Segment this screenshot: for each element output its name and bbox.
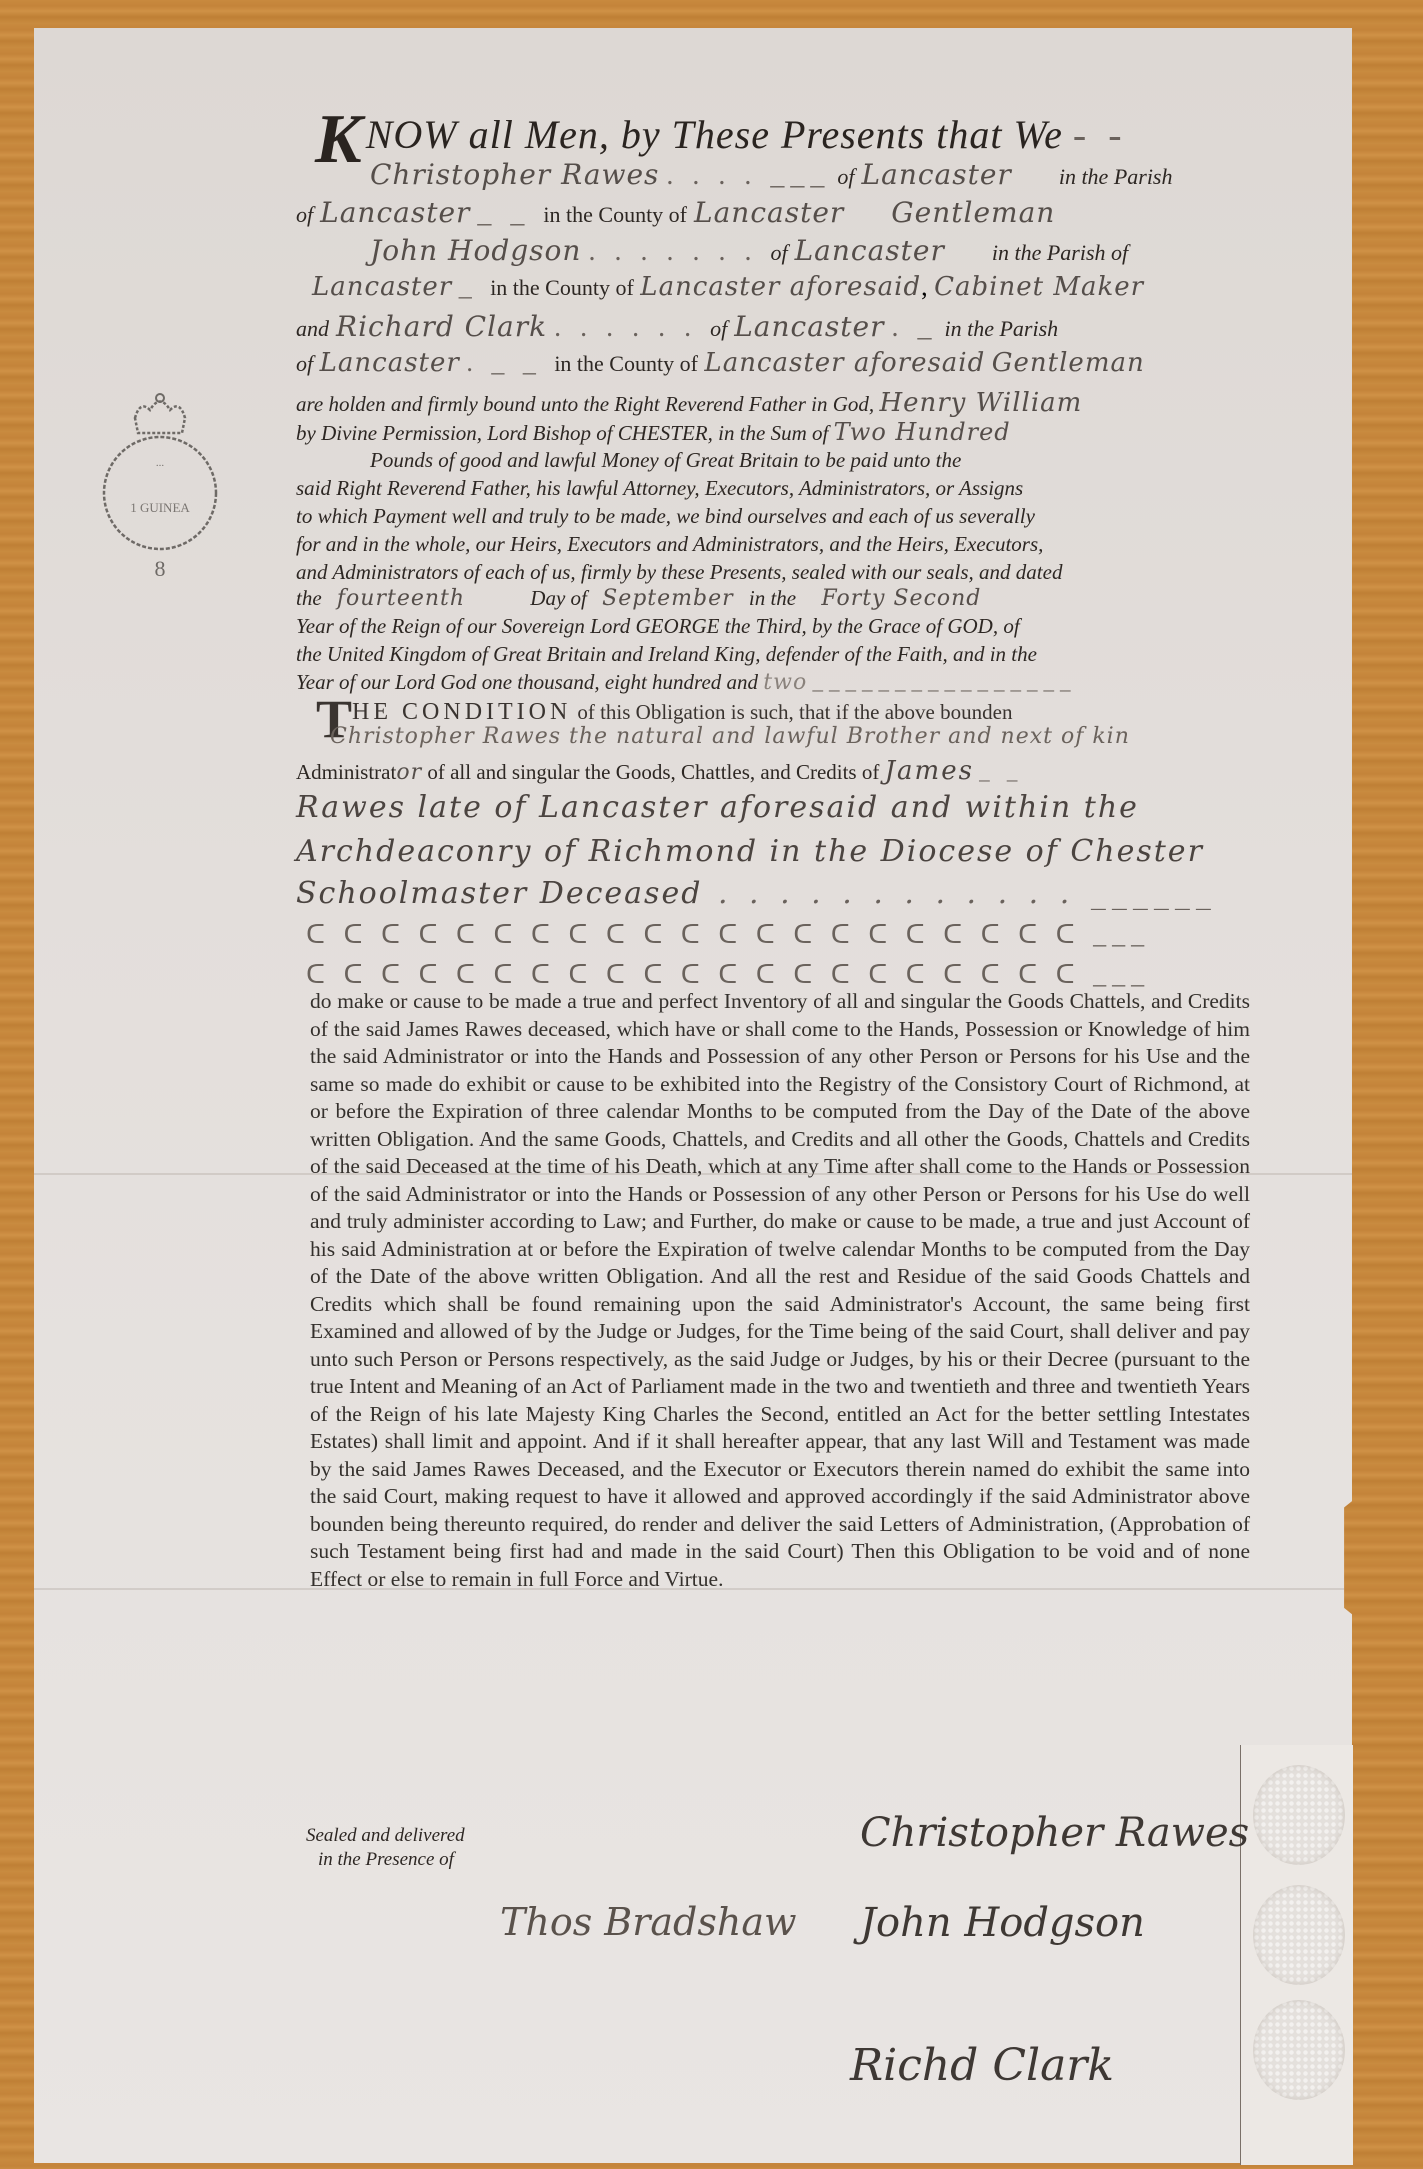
party-name: Richard Clark	[336, 310, 547, 343]
signature-richard-clark: Richd Clark	[850, 2040, 1114, 2091]
bond-line-2: by Divine Permission, Lord Bishop of CHE…	[296, 418, 1011, 446]
svg-text:...: ...	[156, 457, 165, 469]
condition-body-text: do make or cause to be made a true and p…	[310, 988, 1250, 1593]
sealed-delivered-label: Sealed and delivered in the Presence of	[306, 1824, 465, 1872]
regnal-year: Forty Second	[821, 586, 981, 611]
date-month: September	[602, 586, 734, 611]
party-name: John Hodgson	[370, 234, 581, 267]
party-line-4: Lancaster _ in the County of Lancaster a…	[296, 272, 1144, 302]
bond-line-1: are holden and firmly bound unto the Rig…	[296, 388, 1082, 418]
filler-line: ᑕ ᑕ ᑕ ᑕ ᑕ ᑕ ᑕ ᑕ ᑕ ᑕ ᑕ ᑕ ᑕ ᑕ ᑕ ᑕ ᑕ ᑕ ᑕ ᑕ …	[306, 920, 1150, 950]
wafer-seal-icon	[1253, 1885, 1345, 1985]
condition-hand-line-5: Schoolmaster Deceased . . . . . . . . . …	[296, 876, 1217, 911]
duty-stamp: ... 1 GUINEA 8	[100, 388, 220, 588]
condition-hand-line-1: Christopher Rawes the natural and lawful…	[330, 724, 1130, 749]
kingdom-line: the United Kingdom of Great Britain and …	[296, 642, 1037, 667]
condition-hand-line-3: Rawes late of Lancaster aforesaid and wi…	[296, 790, 1139, 825]
wafer-seal-icon	[1253, 1765, 1345, 1865]
deceased-name: James	[885, 756, 974, 786]
signature-christopher-rawes: Christopher Rawes	[860, 1810, 1249, 1856]
signature-witness-bradshaw: Thos Bradshaw	[500, 1900, 797, 1944]
obligee-name: Henry William	[879, 388, 1082, 418]
wafer-seal-icon	[1253, 2000, 1345, 2100]
sum-amount: Two Hundred	[834, 418, 1011, 446]
condition-hand-line-4: Archdeaconry of Richmond in the Diocese …	[296, 834, 1204, 869]
party-line-2: of Lancaster _ _ in the County of Lancas…	[296, 196, 1055, 230]
date-day: fourteenth	[337, 586, 465, 611]
reign-line: Year of the Reign of our Sovereign Lord …	[296, 614, 1020, 639]
party-line-1: Christopher Rawes . . . . ___ of Lancast…	[370, 158, 1173, 192]
drop-cap: K	[315, 101, 362, 178]
party-line-3: John Hodgson . . . . . . . of Lancaster …	[370, 234, 1128, 268]
bond-line-3: Pounds of good and lawful Money of Great…	[370, 448, 961, 473]
date-line: the fourteenth Day of September in the F…	[296, 586, 981, 611]
party-line-6: of Lancaster . _ _ in the County of Lanc…	[296, 348, 1145, 378]
condition-admin-line: Administrator of all and singular the Go…	[296, 756, 1023, 786]
bond-line-6: for and in the whole, our Heirs, Executo…	[296, 532, 1043, 557]
filler-line: ᑕ ᑕ ᑕ ᑕ ᑕ ᑕ ᑕ ᑕ ᑕ ᑕ ᑕ ᑕ ᑕ ᑕ ᑕ ᑕ ᑕ ᑕ ᑕ ᑕ …	[306, 960, 1150, 990]
crown-stamp-icon: ... 1 GUINEA 8	[100, 388, 220, 588]
svg-text:1 GUINEA: 1 GUINEA	[130, 500, 190, 515]
bond-line-7: and Administrators of each of us, firmly…	[296, 560, 1062, 585]
title-text: NOW all Men, by These Presents that We	[366, 112, 1063, 157]
signature-john-hodgson: John Hodgson	[860, 1900, 1145, 1946]
bond-line-4: said Right Reverend Father, his lawful A…	[296, 476, 1023, 501]
party-line-5: and Richard Clark . . . . . . of Lancast…	[296, 310, 1058, 344]
wafer-seal-strip	[1240, 1745, 1353, 2165]
svg-text:8: 8	[155, 556, 166, 581]
bond-line-5: to which Payment well and truly to be ma…	[296, 504, 1035, 529]
party-name: Christopher Rawes	[370, 158, 659, 191]
